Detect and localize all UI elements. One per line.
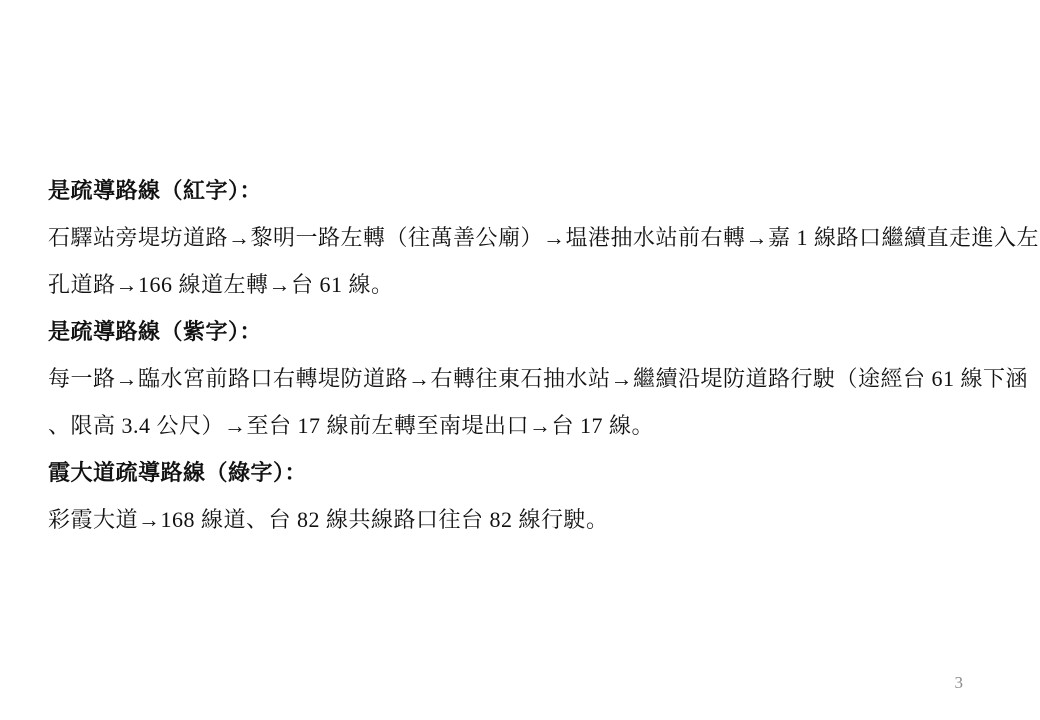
route-text-line: 、限高 3.4 公尺）→至台 17 線前左轉至南堤出口→台 17 線。: [48, 402, 1018, 449]
route-text-line: 石驛站旁堤坊道路→黎明一路左轉（往萬善公廟）→塭港抽水站前右轉→嘉 1 線路口繼…: [48, 214, 1018, 261]
route-text-line: 每一路→臨水宮前路口右轉堤防道路→右轉往東石抽水站→繼續沿堤防道路行駛（途經台 …: [48, 355, 1018, 402]
route-text-line: 孔道路→166 線道左轉→台 61 線。: [48, 261, 1018, 308]
route-text-line: 彩霞大道→168 線道、台 82 線共線路口往台 82 線行駛。: [48, 496, 1018, 543]
route-heading: 是疏導路線（紫字）：: [48, 308, 1018, 355]
page-number: 3: [955, 674, 964, 691]
route-heading: 霞大道疏導路線（綠字）：: [48, 449, 1018, 496]
route-text-block: 是疏導路線（紅字）：石驛站旁堤坊道路→黎明一路左轉（往萬善公廟）→塭港抽水站前右…: [48, 167, 1018, 543]
route-heading: 是疏導路線（紅字）：: [48, 167, 1018, 214]
slide: 是疏導路線（紅字）：石驛站旁堤坊道路→黎明一路左轉（往萬善公廟）→塭港抽水站前右…: [0, 0, 1040, 720]
